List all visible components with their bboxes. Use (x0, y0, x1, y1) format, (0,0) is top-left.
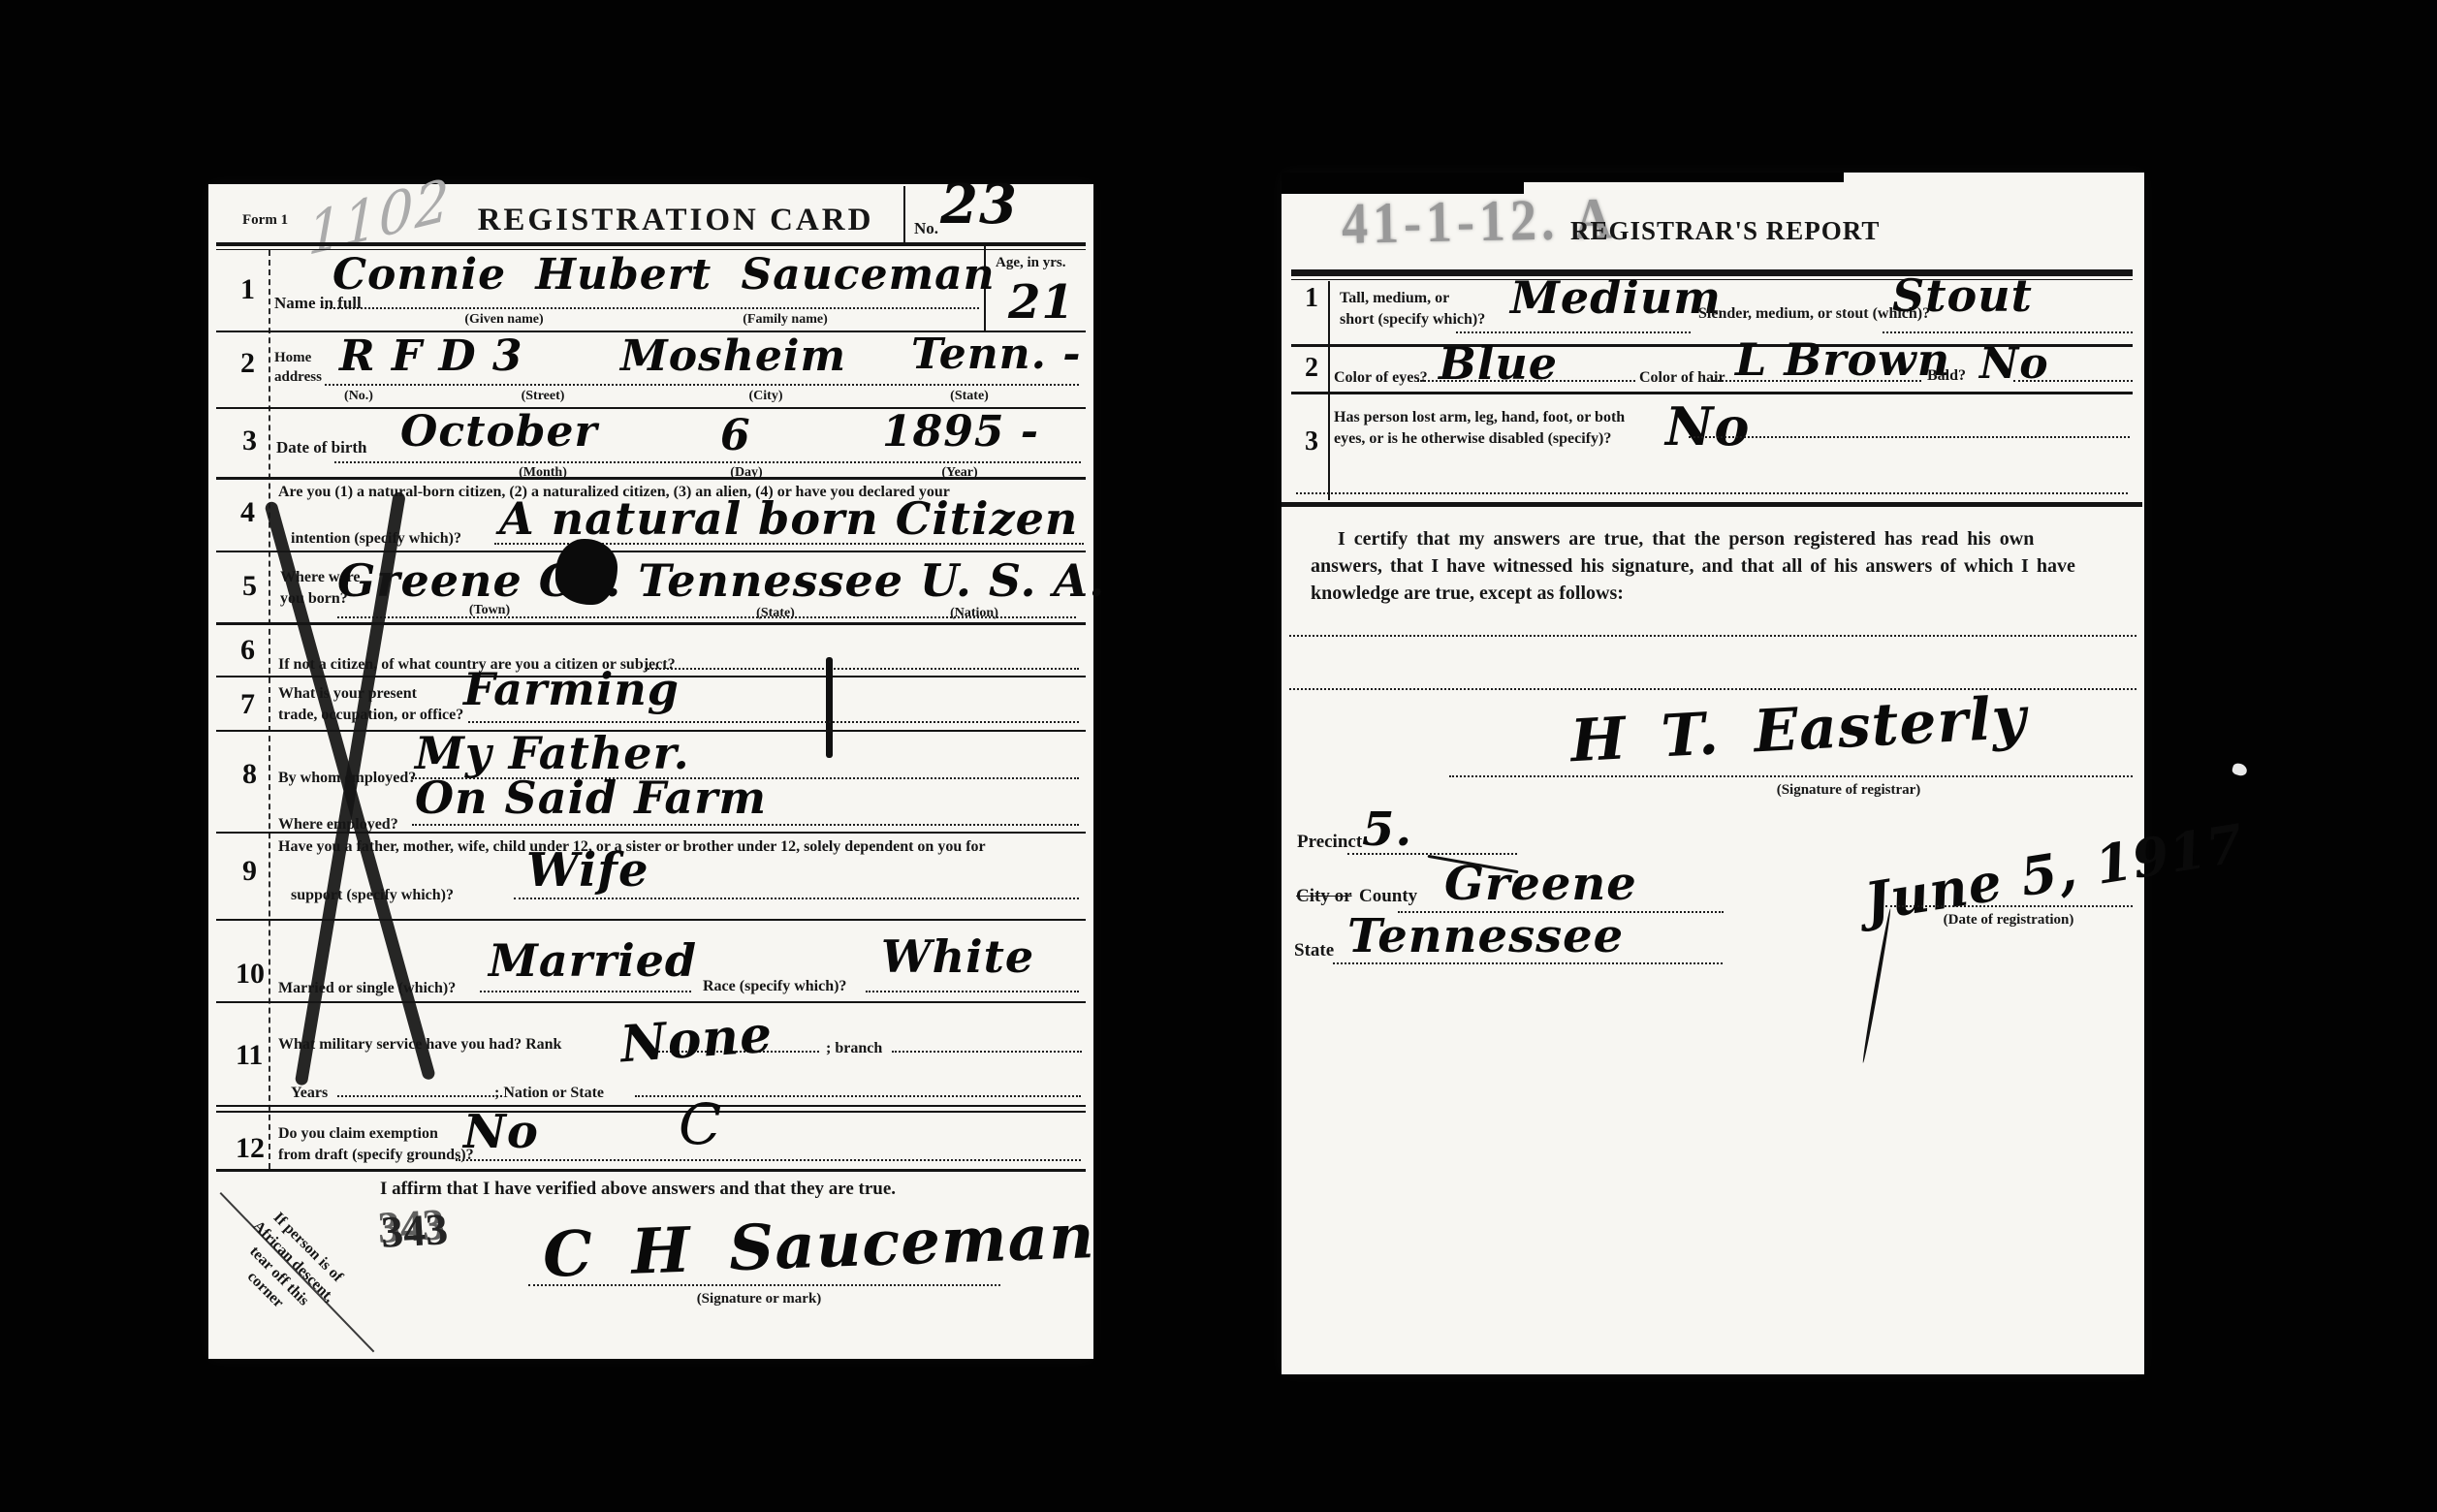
row3-answer-line (334, 461, 1081, 463)
row12-answer-line (456, 1159, 1081, 1161)
r3-bottom-dotted (1296, 492, 2128, 494)
row3-number: 3 (242, 425, 257, 457)
address-city-answer: Mosheim (620, 331, 846, 381)
row-divider (216, 551, 1086, 552)
row-divider (216, 1001, 1086, 1003)
number-column-line (1328, 281, 1330, 500)
age-label: Age, in yrs. (996, 254, 1066, 271)
disabled-label-line1: Has person lost arm, leg, hand, foot, or… (1334, 408, 1625, 426)
precinct-label: Precinct (1297, 832, 1362, 854)
registrar-signature: H T. Easterly (1568, 684, 2028, 776)
nation-state-label: ; Nation or State (494, 1084, 604, 1102)
row10-answer-line1 (480, 991, 691, 992)
hair-label: Color of hair (1639, 368, 1725, 387)
number-column-line (269, 250, 270, 1169)
row11-number: 11 (236, 1039, 263, 1072)
row-divider (1291, 392, 2133, 394)
row8-number: 8 (242, 758, 257, 791)
exception-blank-line1 (1289, 635, 2136, 637)
bald-label: Bald? (1927, 366, 1966, 385)
military-answer: None (618, 1005, 775, 1075)
registration-card: Form 1 1102 REGISTRATION CARD No. 23 Age… (208, 184, 1093, 1359)
row10-answer-line2 (866, 991, 1079, 992)
row9-answer-line (514, 898, 1079, 899)
family-name-sublabel: (Family name) (712, 312, 858, 329)
date-line (1885, 905, 2133, 907)
section-rule (1282, 502, 2142, 507)
height-answer: Medium (1510, 271, 1722, 324)
exemption-label-line2: from draft (specify grounds)? (278, 1146, 474, 1164)
signature-line (528, 1284, 1000, 1286)
row1-number: 1 (240, 273, 255, 306)
branch-label: ; branch (826, 1039, 882, 1057)
exemption-answer: No (463, 1105, 539, 1159)
county-value: Greene (1444, 857, 1637, 911)
build-label-line1: Tall, medium, or (1340, 289, 1449, 307)
race-label: Race (specify which)? (703, 977, 846, 995)
build-answer: Stout (1892, 269, 2033, 322)
r2-answer-line3 (2013, 380, 2133, 382)
home-label: Home (274, 349, 311, 366)
citizen-answer: A natural born Citizen (499, 492, 1078, 545)
years-answer-line (337, 1095, 502, 1097)
years-label: Years (291, 1084, 328, 1102)
city-or-label-struck: City or (1296, 886, 1352, 908)
county-label: County (1359, 886, 1417, 908)
born-answer: Greene Co. Tennessee U. S. A. (337, 554, 1105, 607)
name-answer: Connie Hubert Sauceman (332, 250, 996, 299)
dob-label: Date of birth (276, 438, 366, 457)
address-state-answer: Tenn. - (911, 330, 1082, 379)
row10-number: 10 (236, 958, 265, 991)
row9-number: 9 (242, 855, 257, 888)
scan-background: Form 1 1102 REGISTRATION CARD No. 23 Age… (0, 0, 2437, 1512)
row5-number: 5 (242, 570, 257, 603)
registrar-signature-caption: (Signature of registrar) (1747, 781, 1950, 799)
certify-line1: I certify that my answers are true, that… (1338, 527, 2034, 551)
precinct-value: 5. (1362, 803, 1412, 857)
exemption-label-line1: Do you claim exemption (278, 1124, 438, 1143)
state-line (1333, 962, 1723, 964)
r3-answer-line (1689, 436, 2130, 438)
town-sublabel: (Town) (441, 603, 538, 619)
row6-answer-line (645, 668, 1079, 670)
row-divider (216, 1169, 1086, 1172)
where-employed-answer: On Said Farm (415, 772, 767, 824)
signature-caption: (Signature or mark) (662, 1290, 856, 1307)
eyes-label: Color of eyes? (1334, 368, 1428, 387)
given-name-sublabel: (Given name) (431, 312, 577, 329)
married-label: Married or single (which)? (278, 979, 456, 997)
date-caption: (Date of registration) (1883, 911, 2135, 929)
row1-answer-line (325, 307, 979, 309)
dob-day-answer: 6 (720, 411, 751, 460)
r3-number: 3 (1305, 426, 1318, 457)
card-no-value: 23 (940, 173, 1018, 236)
citizen-question-line2: intention (specify which)? (291, 529, 461, 548)
card-title: REGISTRATION CARD (472, 202, 879, 240)
certify-line2: answers, that I have witnessed his signa… (1311, 554, 2075, 578)
report-title: REGISTRAR'S REPORT (1570, 215, 1871, 246)
nation-sublabel: (Nation) (926, 606, 1023, 622)
row-divider (216, 1105, 1086, 1107)
age-value: 21 (1008, 275, 1075, 330)
row7-number: 7 (240, 688, 255, 721)
form-number-label: Form 1 (242, 211, 288, 229)
disabled-answer: No (1665, 395, 1750, 457)
row2-number: 2 (240, 347, 255, 380)
dob-month-answer: October (400, 407, 598, 457)
stray-pen-stroke (826, 657, 833, 758)
r2-number: 2 (1305, 353, 1318, 384)
header-divider-line (903, 186, 905, 244)
dust-speck (2231, 762, 2249, 776)
branch-answer-line (892, 1051, 1082, 1053)
row-divider-double (216, 1111, 1086, 1113)
row2-answer-line (325, 384, 1079, 386)
row-divider (216, 622, 1086, 625)
registrant-signature: C H Sauceman (542, 1200, 1096, 1292)
row1-label: Name in full (274, 294, 362, 313)
stamp-343: 343 (380, 1202, 450, 1259)
r1-answer-line1 (1456, 331, 1691, 333)
r2-answer-line2 (1713, 380, 1921, 382)
row12-number: 12 (236, 1132, 265, 1165)
dependent-answer: Wife (526, 843, 649, 898)
scan-tear-artifact2 (1524, 173, 1844, 182)
race-answer: White (881, 930, 1034, 983)
hair-answer: L Brown (1735, 333, 1950, 386)
state-label: State (1294, 940, 1334, 962)
affirmation-text: I affirm that I have verified above answ… (347, 1179, 929, 1201)
trade-answer: Farming (463, 663, 680, 715)
certify-line3: knowledge are true, except as follows: (1311, 582, 1624, 605)
city-sublabel: (City) (727, 389, 805, 405)
trade-label-line2: trade, occupation, or office? (278, 706, 463, 724)
dob-year-answer: 1895 - (882, 407, 1039, 457)
r1-number: 1 (1305, 283, 1318, 314)
build-label-line2: short (specify which)? (1340, 310, 1485, 329)
married-answer: Married (489, 934, 697, 987)
row4-number: 4 (240, 496, 255, 529)
header-rule (216, 242, 1086, 246)
no-sublabel: (No.) (320, 389, 397, 405)
address-label: address (274, 368, 322, 386)
r2-answer-line1 (1417, 380, 1635, 382)
row8-answer-line2 (412, 824, 1079, 826)
corner-note: If person is of African descent, tear of… (189, 1172, 383, 1366)
row6-number: 6 (240, 634, 255, 667)
trade-label-line1: What is your present (278, 684, 417, 703)
disabled-label-line2: eyes, or is he otherwise disabled (speci… (1334, 429, 1611, 448)
registrar-signature-line (1449, 775, 2133, 777)
state-value: Tennessee (1347, 909, 1624, 963)
registrars-report-card: 41-1-12. A REGISTRAR'S REPORT 1 Tall, me… (1282, 173, 2144, 1374)
card-no-label: No. (914, 219, 938, 238)
row7-answer-line (468, 721, 1079, 723)
state2-sublabel: (State) (727, 606, 824, 622)
row-divider (216, 477, 1086, 480)
state-sublabel: (State) (931, 389, 1008, 405)
stray-letter-c: C (679, 1091, 722, 1157)
street-sublabel: (Street) (504, 389, 582, 405)
address-no-answer: R F D 3 (339, 331, 523, 381)
row-divider (216, 919, 1086, 921)
ink-blot (555, 539, 617, 605)
